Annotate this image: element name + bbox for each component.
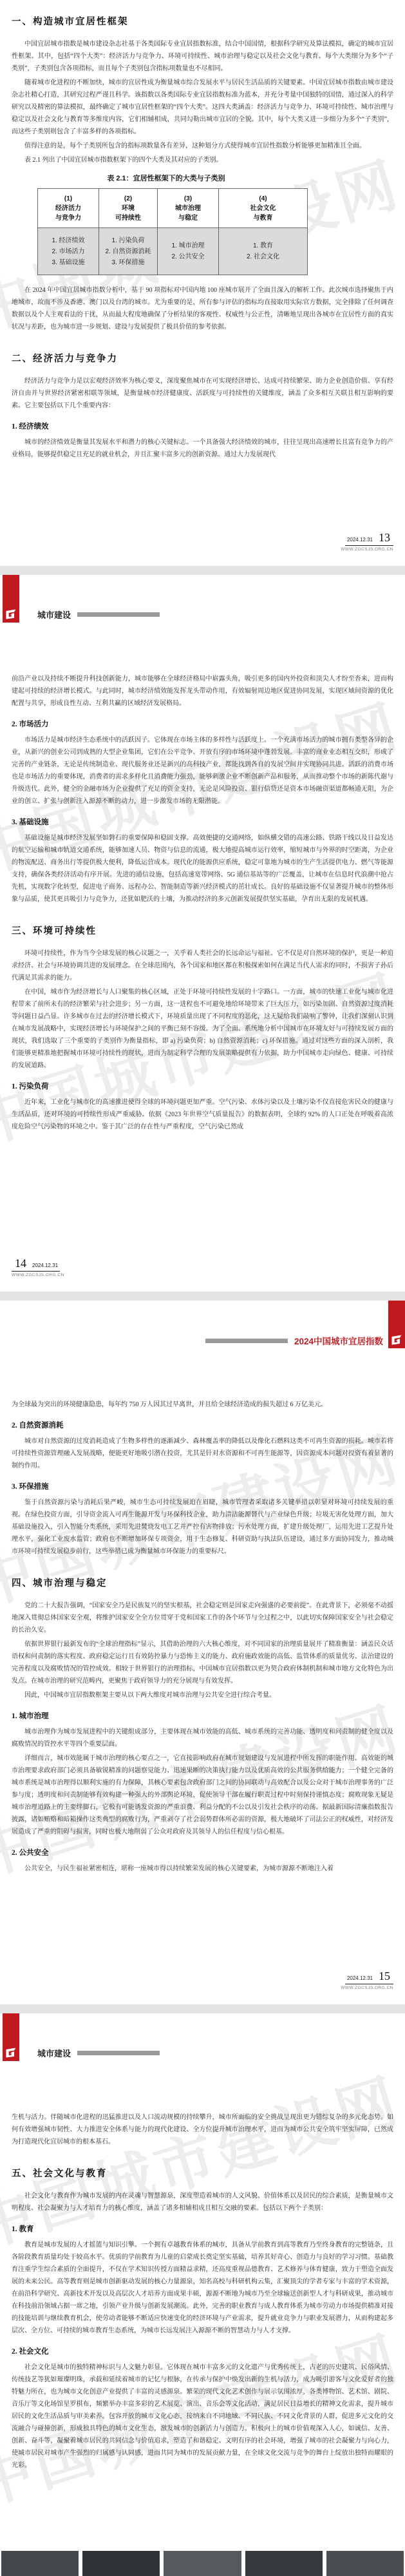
col-name: 与教育 [254, 213, 273, 223]
paragraph: 市场活力是城市经济生态系统中的活跃因子。它体现在市场主体的多样性与活跃度上。一个… [12, 734, 393, 808]
page-number: 15 [377, 1970, 391, 1982]
footer-date: 2024.12.31 [347, 1975, 373, 1981]
paragraph: 表 2.1 列出了中国宜居城市指数框架下的四个大类及其对应的子类别。 [12, 154, 393, 166]
footer-date: 2024.12.31 [32, 1263, 58, 1268]
table-column: (1) 经济活力 与竞争力 1. 经济绩效2. 市场活力3. 基础设施 [38, 189, 99, 275]
table-column: (2) 环境 可持续性 1. 污染负荷2. 自然资源消耗3. 环保措施 [99, 189, 158, 275]
list-item: 2. 社会文化 [247, 251, 279, 262]
section-heading: 四、城市治理与稳定 [12, 1576, 393, 1589]
page-2: 城市建设 中国城市建设网 中国城市建设网 前沿产业以及持续不断提升科技创新能力，… [0, 575, 405, 1292]
paragraph: 依据世界银行最新发布的“全球治理指标”显示，其借助治理的六大核心维度，对不同国家… [12, 1638, 393, 1687]
table-body-cell: 1. 城市治理2. 公共安全 [158, 228, 218, 275]
paragraph: 党的二十大报告强调，“国家安全乃是民族复兴的坚实根基，社会稳定则是国家走向强盛的… [12, 1600, 393, 1636]
paragraph: 前沿产业以及持续不断提升科技创新能力，城市能够在全球经济格局中崭露头角，吸引更多… [12, 673, 393, 710]
table-header-cell: (2) 环境 可持续性 [99, 189, 157, 228]
table-title: 表 2.1：宜居性框架下的大类与子类别 [12, 173, 321, 183]
paragraph: 生机与活力。伴随城市化进程的迅猛推进以及人口流动规模的持续攀升，城市所面临的安全… [12, 2111, 393, 2148]
paragraph: 基础设施是城市经济发展坚如磐石的重要保障和稳固支撑。高效便捷的交通网络，如纵横交… [12, 832, 393, 905]
page-footer: 2024.12.3113 WWW.ZGCSJS.ORG.CN [341, 531, 393, 552]
paragraph: 为全球最为突出的环境健康隐患，每年约 750 万人因其过早离世，并且给全球经济造… [12, 1399, 393, 1411]
page-number: 14 [14, 1257, 28, 1270]
paragraph: 中国宜居城市指数是城市建设杂志社基于各类国际专业宜居指数标准，结合中国国情，根据… [12, 38, 393, 75]
magazine-logo-block [388, 1301, 405, 1348]
col-number: (1) [64, 194, 72, 204]
page-1: 中国城市建设网 一、构造城市宜居性框架 中国宜居城市指数是城市建设杂志社基于各类… [0, 0, 405, 566]
page-footer: 2024.12.3115 WWW.ZGCSJS.ORG.CN [341, 1970, 393, 1990]
table-body-cell: 1. 污染负荷2. 自然资源消耗3. 环保措施 [99, 228, 157, 275]
list-item: 1. 城市治理 [171, 240, 204, 251]
paragraph: 随着城市化进程的不断加快，城市的宜居性成为衡量城市综合发展水平与居民生活品质的关… [12, 77, 393, 138]
photo-thumbnail [245, 2551, 323, 2576]
col-name: 城市治理 [175, 204, 201, 213]
table-body-cell: 1. 经济绩效2. 市场活力3. 基础设施 [38, 228, 99, 275]
table-2-1: (1) 经济活力 与竞争力 1. 经济绩效2. 市场活力3. 基础设施 (2) … [37, 188, 308, 275]
subsection-heading: 1. 经济绩效 [12, 421, 393, 431]
col-name: 与竞争力 [55, 213, 81, 223]
list-item: 2. 自然资源消耗 [105, 246, 151, 257]
subsection-heading: 2. 自然资源消耗 [12, 1420, 393, 1430]
col-name: 与稳定 [178, 213, 198, 223]
subsection-heading: 3. 基础设施 [12, 817, 393, 827]
page-gap [0, 566, 405, 575]
list-item: 2. 公共安全 [171, 251, 204, 262]
list-item: 1. 经济绩效 [52, 235, 84, 246]
magazine-logo-block [3, 575, 19, 623]
list-item: 1. 污染负荷 [111, 235, 144, 246]
paragraph: 社会文化与教育作为城市发展的内在灵魂与智慧源泉，深度塑造着城市的人文风貌、价值体… [12, 2190, 393, 2214]
table-header-cell: (1) 经济活力 与竞争力 [38, 189, 99, 228]
cs-logo-icon [390, 1333, 403, 1346]
paragraph: 环境可持续性，作为当今全球发展的核心议题之一，关乎着人类社会的长远命运与福祉。它… [12, 947, 393, 984]
col-name: 社会文化 [250, 204, 276, 213]
page-3: 2024中国城市宜居指数 中国城市建设网 中国城市建设网 为全球最为突出的环境健… [0, 1301, 405, 2004]
col-name: 经济活力 [55, 204, 81, 213]
page-header: 城市建设 [37, 608, 160, 621]
subsection-heading: 3. 环保措施 [12, 1481, 393, 1491]
section-heading: 一、构造城市宜居性框架 [12, 14, 393, 28]
footer-website: WWW.ZGCSJS.ORG.CN [341, 1986, 393, 1990]
paragraph: 近年来，工业化与城市化的高速推进使得全球的环境问题更加严重。空气污染、水体污染以… [12, 1096, 393, 1133]
next-page-photo-strip [0, 2551, 405, 2576]
page-number: 13 [377, 531, 391, 544]
col-name: 可持续性 [115, 213, 141, 223]
subsection-heading: 2. 公共安全 [12, 1847, 393, 1857]
photo-thumbnail [82, 2551, 160, 2576]
table-body-cell: 1. 教育2. 社会文化 [219, 228, 307, 275]
paragraph: 值得注意的是，每个子类别所包含的指标项数量各有差异，这种划分方式使得城市宜居性指… [12, 140, 393, 152]
page-gap [0, 2004, 405, 2013]
col-number: (4) [259, 194, 267, 204]
table-column: (3) 城市治理 与稳定 1. 城市治理2. 公共安全 [158, 189, 219, 275]
subsection-heading: 1. 教育 [12, 2223, 393, 2234]
page-header: 2024中国城市宜居指数 [205, 1334, 383, 1347]
paragraph: 在中国，城市作为经济增长与人口聚集的核心区域，正处于环境可持续性发展的十字路口。… [12, 986, 393, 1072]
page-4: 城市建设 中国城市建设网 中国城市建设网 生机与活力。伴随城市化进程的迅猛推进以… [0, 2013, 405, 2576]
photo-thumbnail [326, 2551, 404, 2576]
header-bar [77, 2051, 160, 2055]
paragraph: 经济活力与竞争力是以宏观经济效率为核心要义，深度聚焦城市在可实现经济增长、达成可… [12, 375, 393, 412]
masthead-title: 2024中国城市宜居指数 [294, 1334, 383, 1347]
paragraph: 城市治理作为城市发展进程中的关键组成部分，主要体现在城市效能的高低、城市系统的完… [12, 1726, 393, 1750]
paragraph: 社会文化是城市的独特精神标识与人文魅力彰显。它体现在城市丰富多元的文化遗产与优秀… [12, 2361, 393, 2472]
subsection-heading: 2. 社会文化 [12, 2346, 393, 2356]
table-header-cell: (3) 城市治理 与稳定 [158, 189, 218, 228]
page-footer: 142024.12.31 WWW.ZGCSJS.ORG.CN [12, 1257, 64, 1277]
paragraph: 城市对自然资源的过度消耗造成了生物多样性的逐渐减少、森林覆盖率的降低以及像化石燃… [12, 1435, 393, 1472]
cs-logo-icon [5, 608, 17, 621]
header-bar [205, 1339, 288, 1343]
col-number: (2) [124, 194, 132, 204]
table-header-cell: (4) 社会文化 与教育 [219, 189, 307, 228]
paragraph: 因此，中国城市宜居指数框架主要从以下两大维度对城市治理与公共安全进行综合考量。 [12, 1689, 393, 1701]
table-column: (4) 社会文化 与教育 1. 教育2. 社会文化 [219, 189, 307, 275]
brand-name: 城市建设 [37, 608, 71, 621]
footer-website: WWW.ZGCSJS.ORG.CN [12, 1273, 64, 1277]
paragraph: 鉴于自然资源污染与消耗后果严峻，城市生态可持续发展迫在眉睫，城市管理者采取诸多关… [12, 1496, 393, 1558]
document-scroll: 中国城市建设网 一、构造城市宜居性框架 中国宜居城市指数是城市建设杂志社基于各类… [0, 0, 405, 2576]
list-item: 3. 基础设施 [52, 257, 84, 268]
col-number: (3) [184, 194, 192, 204]
list-item: 1. 教育 [253, 240, 273, 251]
section-heading: 五、社会文化与教育 [12, 2166, 393, 2180]
paragraph: 城市的经济绩效是衡量其发展水平和潜力的核心关键标志。一个具备强大经济绩效的城市，… [12, 436, 393, 461]
paragraph: 教育是城市发展的人才摇篮与知识引擎。一个拥有卓越教育体系的城市，具备从学前教育到… [12, 2239, 393, 2337]
photo-thumbnail [164, 2551, 241, 2576]
subsection-heading: 2. 市场活力 [12, 719, 393, 729]
brand-name: 城市建设 [37, 2047, 71, 2059]
list-item: 3. 环保措施 [111, 257, 144, 268]
paragraph: 在 2024 年中国宜居城市指数分析中，基于 90 项指标对中国内地 100 座… [12, 284, 393, 333]
col-name: 环境 [122, 204, 135, 213]
section-heading: 三、环境可持续性 [12, 924, 393, 937]
header-bar [77, 612, 160, 617]
footer-website: WWW.ZGCSJS.ORG.CN [341, 547, 393, 552]
list-item: 2. 市场活力 [52, 246, 84, 257]
section-heading: 二、经济活力与竞争力 [12, 351, 393, 365]
magazine-logo-block [3, 2013, 19, 2061]
page-header: 城市建设 [37, 2047, 160, 2059]
photo-thumbnail [1, 2551, 79, 2576]
cs-logo-icon [5, 2046, 17, 2059]
paragraph: 详细而言，城市效能属于城市治理的核心要点之一，它直接影响政府在城市规划建设与发展… [12, 1752, 393, 1838]
paragraph: 公共安全，与民生福祉紧密相连，堪称一座城市得以持续繁荣发展的核心关键要素，为城市… [12, 1863, 393, 1875]
subsection-heading: 1. 城市治理 [12, 1710, 393, 1721]
footer-date: 2024.12.31 [347, 537, 373, 543]
page-gap [0, 1292, 405, 1301]
subsection-heading: 1. 污染负荷 [12, 1081, 393, 1091]
